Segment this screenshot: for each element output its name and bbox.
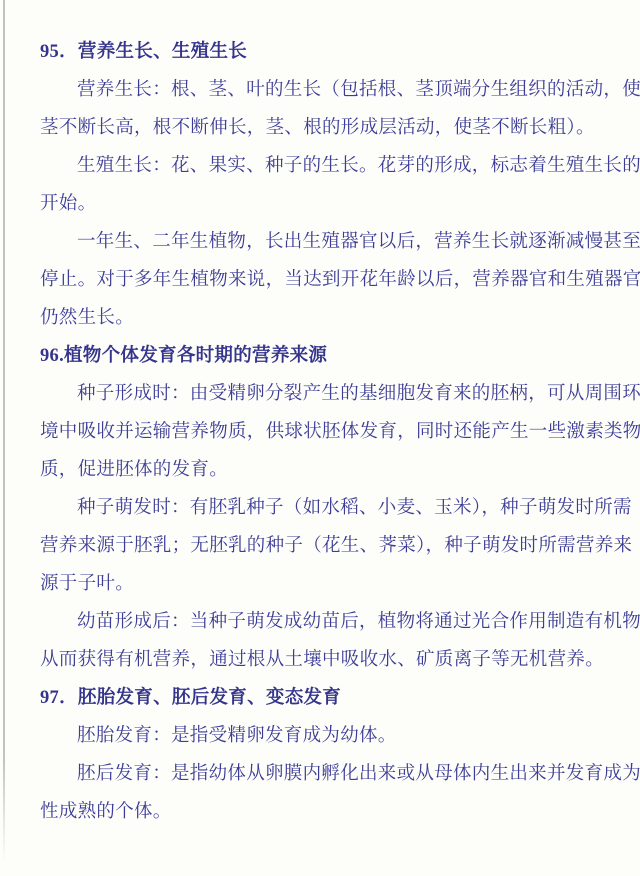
document-line: 营养来源于胚乳；无胚乳的种子（花生、荠菜），种子萌发时所需营养来 xyxy=(40,527,608,565)
document-line: 幼苗形成后：当种子萌发成幼苗后，植物将通过光合作用制造有机物 xyxy=(40,603,608,641)
document-line: 开始。 xyxy=(40,185,608,223)
document-line: 境中吸收并运输营养物质，供球状胚体发育，同时还能产生一些激素类物 xyxy=(40,413,608,451)
document-line: 生殖生长：花、果实、种子的生长。花芽的形成，标志着生殖生长的 xyxy=(40,147,608,185)
document-line: 胚后发育：是指幼体从卵膜内孵化出来或从母体内生出来并发育成为 xyxy=(40,755,608,793)
document-line: 质，促进胚体的发育。 xyxy=(40,451,608,489)
document-line: 茎不断长高，根不断伸长，茎、根的形成层活动，使茎不断长粗）。 xyxy=(40,109,608,147)
document-line: 种子萌发时：有胚乳种子（如水稻、小麦、玉米），种子萌发时所需 xyxy=(40,489,608,527)
scanned-notes-page: 95．营养生长、生殖生长 营养生长：根、茎、叶的生长（包括根、茎顶端分生组织的活… xyxy=(0,0,640,876)
document-line: 种子形成时：由受精卵分裂产生的基细胞发育来的胚柄，可从周围环 xyxy=(40,375,608,413)
document-line: 一年生、二年生植物，长出生殖器官以后，营养生长就逐渐减慢甚至 xyxy=(40,223,608,261)
document-line: 营养生长：根、茎、叶的生长（包括根、茎顶端分生组织的活动，使 xyxy=(40,71,608,109)
section-heading-95: 95．营养生长、生殖生长 xyxy=(40,33,608,71)
document-line: 从而获得有机营养，通过根从土壤中吸收水、矿质离子等无机营养。 xyxy=(40,641,608,679)
page-edge-line xyxy=(3,0,5,862)
document-body: 95．营养生长、生殖生长 营养生长：根、茎、叶的生长（包括根、茎顶端分生组织的活… xyxy=(40,33,608,831)
section-heading-97: 97．胚胎发育、胚后发育、变态发育 xyxy=(40,679,608,717)
document-line: 性成熟的个体。 xyxy=(40,793,608,831)
section-heading-96: 96.植物个体发育各时期的营养来源 xyxy=(40,337,608,375)
document-line: 仍然生长。 xyxy=(40,299,608,337)
document-line: 胚胎发育：是指受精卵发育成为幼体。 xyxy=(40,717,608,755)
document-line: 停止。对于多年生植物来说，当达到开花年龄以后，营养器官和生殖器官 xyxy=(40,261,608,299)
document-line: 源于子叶。 xyxy=(40,565,608,603)
